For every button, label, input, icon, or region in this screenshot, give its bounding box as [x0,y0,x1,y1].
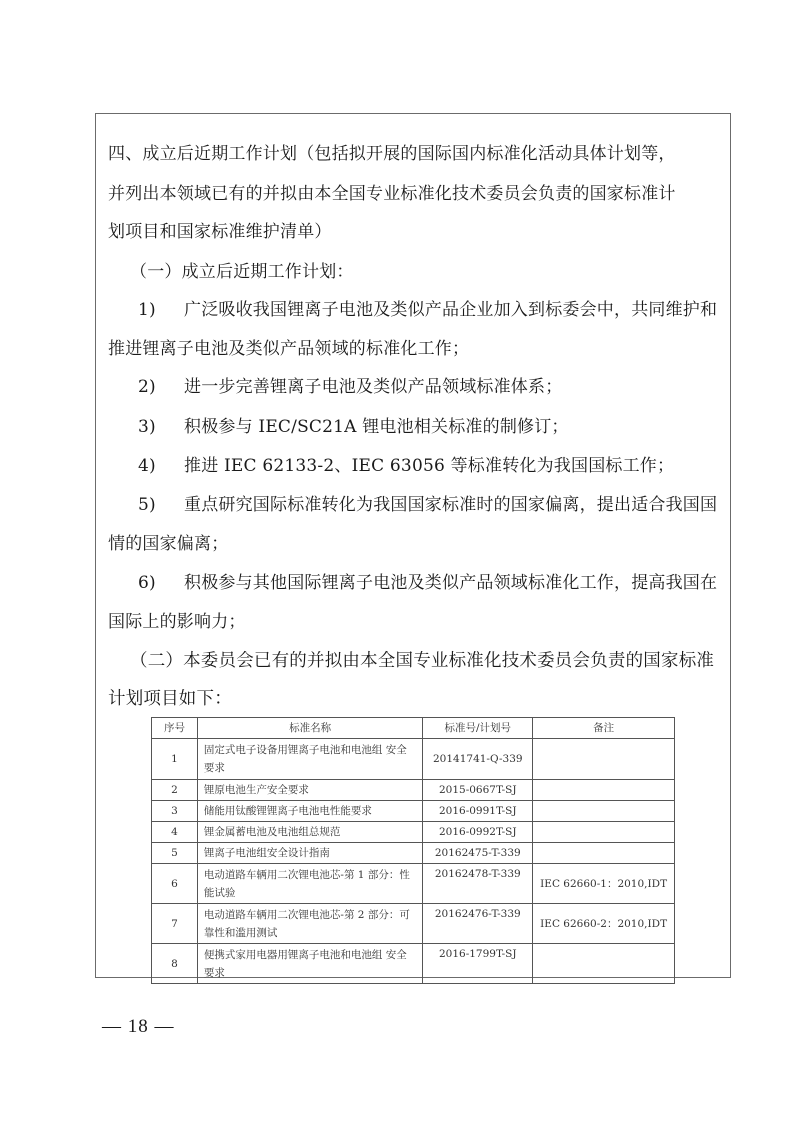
table-row: 1 固定式电子设备用锂离子电池和电池组 安全要求 20141741-Q-339 [152,739,675,780]
section-heading-line-3: 划项目和国家标准维护清单） [108,221,332,243]
row-index: 5 [152,843,198,864]
page-number: — 18 — [102,1016,175,1038]
plan-item-number: 4) [138,455,184,477]
row-code: 2016-0991T-SJ [423,801,533,822]
plan-item-number: 5) [138,494,184,516]
row-name: 电动道路车辆用二次锂电池芯-第 1 部分：性能试验 [197,864,422,904]
row-name: 电动道路车辆用二次锂电池芯-第 2 部分：可靠性和滥用测试 [197,904,422,944]
row-name: 锂原电池生产安全要求 [197,780,422,801]
plan-item-5: 5)重点研究国际标准转化为我国国家标准时的国家偏离，提出适合我国国 [138,494,717,516]
row-code: 2016-0992T-SJ [423,822,533,843]
plan-item-4: 4)推进 IEC 62133-2、IEC 63056 等标准转化为我国国标工作； [138,455,674,477]
header-standard-code: 标准号/计划号 [423,718,533,739]
plan-item-1: 1)广泛吸收我国锂离子电池及类似产品企业加入到标委会中，共同维护和 [138,299,717,321]
plan-item-text: 推进 IEC 62133-2、IEC 63056 等标准转化为我国国标工作； [184,456,674,476]
row-name: 固定式电子设备用锂离子电池和电池组 安全要求 [197,739,422,780]
plan-item-number: 1) [138,299,184,321]
plan-item-text: 广泛吸收我国锂离子电池及类似产品企业加入到标委会中，共同维护和 [184,300,717,320]
row-note: IEC 62660-2：2010,IDT [533,904,675,944]
plan-item-number: 3) [138,416,184,438]
table-header-row: 序号 标准名称 标准号/计划号 备注 [152,718,675,739]
row-index: 6 [152,864,198,904]
row-code: 20141741-Q-339 [423,739,533,780]
plan-item-1-continuation: 推进锂离子电池及类似产品领域的标准化工作； [108,338,469,360]
header-remarks: 备注 [533,718,675,739]
subsection-2-title-line-1: （二）本委员会已有的并拟由本全国专业标准化技术委员会负责的国家标准 [130,650,714,672]
section-heading-line-1: 四、成立后近期工作计划（包括拟开展的国际国内标准化活动具体计划等， [108,143,676,165]
plan-item-text: 积极参与 IEC/SC21A 锂电池相关标准的制修订； [184,417,569,437]
plan-item-2: 2)进一步完善锂离子电池及类似产品领域标准体系； [138,376,562,398]
plan-item-number: 2) [138,376,184,398]
plan-item-5-continuation: 情的国家偏离； [108,533,228,555]
row-index: 1 [152,739,198,780]
table-row: 7 电动道路车辆用二次锂电池芯-第 2 部分：可靠性和滥用测试 20162476… [152,904,675,944]
table-row: 8 便携式家用电器用锂离子电池和电池组 安全要求 2016-1799T-SJ [152,944,675,984]
subsection-1-title: （一）成立后近期工作计划： [130,261,354,283]
plan-item-text: 进一步完善锂离子电池及类似产品领域标准体系； [184,377,562,397]
table-row: 3 储能用钛酸锂锂离子电池电性能要求 2016-0991T-SJ [152,801,675,822]
row-index: 4 [152,822,198,843]
row-name: 便携式家用电器用锂离子电池和电池组 安全要求 [197,944,422,984]
row-code: 2016-1799T-SJ [423,944,533,984]
table-row: 6 电动道路车辆用二次锂电池芯-第 1 部分：性能试验 20162478-T-3… [152,864,675,904]
standards-table: 序号 标准名称 标准号/计划号 备注 1 固定式电子设备用锂离子电池和电池组 安… [151,717,675,984]
header-index: 序号 [152,718,198,739]
row-note [533,801,675,822]
row-code: 20162478-T-339 [423,864,533,904]
row-name: 锂金属蓄电池及电池组总规范 [197,822,422,843]
row-note [533,843,675,864]
row-code: 20162476-T-339 [423,904,533,944]
table-row: 2 锂原电池生产安全要求 2015-0667T-SJ [152,780,675,801]
table-row: 4 锂金属蓄电池及电池组总规范 2016-0992T-SJ [152,822,675,843]
plan-item-3: 3)积极参与 IEC/SC21A 锂电池相关标准的制修订； [138,416,569,438]
header-standard-name: 标准名称 [197,718,422,739]
row-name: 锂离子电池组安全设计指南 [197,843,422,864]
plan-item-6-continuation: 国际上的影响力； [108,611,246,633]
section-heading-line-2: 并列出本领域已有的并拟由本全国专业标准化技术委员会负责的国家标准计 [108,183,676,205]
row-note: IEC 62660-1：2010,IDT [533,864,675,904]
table-row: 5 锂离子电池组安全设计指南 20162475-T-339 [152,843,675,864]
row-code: 20162475-T-339 [423,843,533,864]
row-note [533,822,675,843]
row-note [533,944,675,984]
row-index: 8 [152,944,198,984]
plan-item-6: 6)积极参与其他国际锂离子电池及类似产品领域标准化工作，提高我国在 [138,572,717,594]
row-index: 7 [152,904,198,944]
row-note [533,739,675,780]
row-note [533,780,675,801]
row-code: 2015-0667T-SJ [423,780,533,801]
row-name: 储能用钛酸锂锂离子电池电性能要求 [197,801,422,822]
subsection-2-title-line-2: 计划项目如下： [108,688,232,710]
plan-item-text: 重点研究国际标准转化为我国国家标准时的国家偏离，提出适合我国国 [184,495,717,515]
plan-item-text: 积极参与其他国际锂离子电池及类似产品领域标准化工作，提高我国在 [184,573,717,593]
row-index: 2 [152,780,198,801]
row-index: 3 [152,801,198,822]
plan-item-number: 6) [138,572,184,594]
